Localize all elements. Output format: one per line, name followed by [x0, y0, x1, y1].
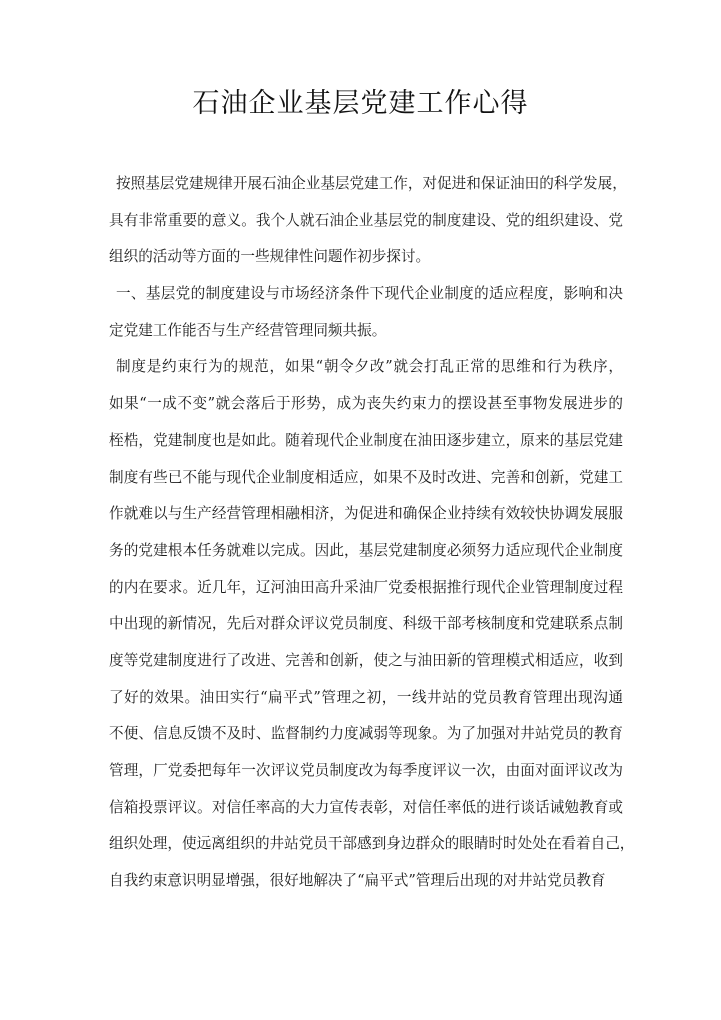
body-line: 不便、信息反馈不及时、监督制约力度减弱等现象。为了加强对井站党员的教育: [109, 720, 623, 757]
body-line: 具有非常重要的意义。我个人就石油企业基层党的制度建设、党的组织建设、党: [109, 207, 623, 244]
body-line: 组织的活动等方面的一些规律性问题作初步探讨。: [109, 243, 623, 280]
body-line: 一、基层党的制度建设与市场经济条件下现代企业制度的适应程度，影响和决: [109, 280, 623, 317]
body-line: 自我约束意识明显增强，很好地解决了“扁平式”管理后出现的对井站党员教育: [109, 867, 623, 904]
document-page: 石油企业基层党建工作心得 按照基层党建规律开展石油企业基层党建工作，对促进和保证…: [0, 0, 721, 1020]
body-line: 定党建工作能否与生产经营管理同频共振。: [109, 317, 623, 354]
body-line: 作就难以与生产经营管理相融相济，为促进和确保企业持续有效较快协调发展服: [109, 500, 623, 537]
body-line: 务的党建根本任务就难以完成。因此，基层党建制度必须努力适应现代企业制度: [109, 537, 623, 574]
body-line: 中出现的新情况，先后对群众评议党员制度、科级干部考核制度和党建联系点制: [109, 610, 623, 647]
body-line: 了好的效果。油田实行“扁平式”管理之初，一线井站的党员教育管理出现沟通: [109, 684, 623, 721]
body-line: 制度有些已不能与现代企业制度相适应，如果不及时改进、完善和创新，党建工: [109, 464, 623, 501]
document-title: 石油企业基层党建工作心得: [0, 84, 721, 124]
body-line: 信箱投票评议。对信任率高的大力宣传表彰，对信任率低的进行谈话诫勉教育或: [109, 794, 623, 831]
body-line: 度等党建制度进行了改进、完善和创新，使之与油田新的管理模式相适应，收到: [109, 647, 623, 684]
body-line: 制度是约束行为的规范，如果“朝令夕改”就会打乱正常的思维和行为秩序，: [109, 353, 623, 390]
body-line: 的内在要求。近几年，辽河油田高升采油厂党委根据推行现代企业管理制度过程: [109, 574, 623, 611]
body-line: 如果“一成不变”就会落后于形势，成为丧失约束力的摆设甚至事物发展进步的: [109, 390, 623, 427]
body-line: 按照基层党建规律开展石油企业基层党建工作，对促进和保证油田的科学发展，: [109, 170, 623, 207]
body-line: 组织处理，使远离组织的井站党员干部感到身边群众的眼睛时时处处在看着自己，: [109, 830, 623, 867]
document-body: 按照基层党建规律开展石油企业基层党建工作，对促进和保证油田的科学发展， 具有非常…: [109, 170, 623, 904]
body-line: 桎梏，党建制度也是如此。随着现代企业制度在油田逐步建立，原来的基层党建: [109, 427, 623, 464]
body-line: 管理，厂党委把每年一次评议党员制度改为每季度评议一次，由面对面评议改为: [109, 757, 623, 794]
